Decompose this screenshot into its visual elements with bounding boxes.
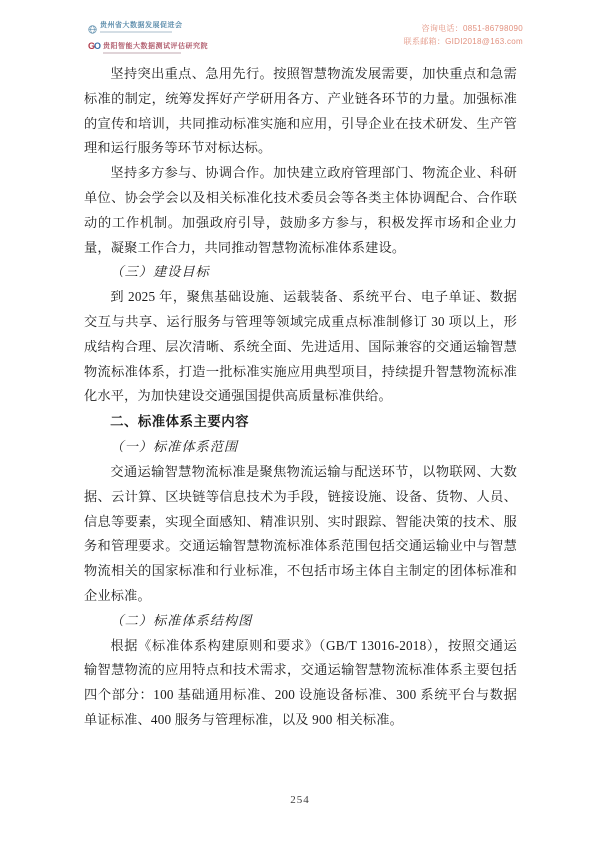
paragraph-2025-goals: 到 2025 年，聚焦基础设施、运载装备、系统平台、电子单证、数据交互与共享、运… bbox=[84, 285, 517, 409]
page-header: 贵州省大数据发展促进会 GO 贵阳智能大数据测试评估研究院 咨询电话：0851-… bbox=[88, 22, 523, 54]
paragraph-system-scope: 交通运输智慧物流标准是聚焦物流运输与配送环节，以物联网、大数据、云计算、区块链等… bbox=[84, 460, 517, 609]
paragraph-multi-party-cooperation: 坚持多方参与、协调合作。加快建立政府管理部门、物流企业、科研单位、协会学会以及相… bbox=[84, 161, 517, 260]
institute-name: 贵阳智能大数据测试评估研究院 bbox=[103, 43, 208, 51]
heading-system-scope: （一）标准体系范围 bbox=[84, 435, 517, 460]
page-footer: 254 bbox=[0, 794, 600, 806]
association-subtext-line bbox=[100, 31, 172, 33]
institute-subtext-line bbox=[103, 52, 181, 54]
document-page: 贵州省大数据发展促进会 GO 贵阳智能大数据测试评估研究院 咨询电话：0851-… bbox=[0, 0, 600, 848]
page-number: 254 bbox=[290, 794, 310, 806]
document-body: 坚持突出重点、急用先行。按照智慧物流发展需要，加快重点和急需标准的制定，统筹发挥… bbox=[84, 62, 517, 733]
association-logo: 贵州省大数据发展促进会 bbox=[88, 22, 208, 39]
institute-logo: GO 贵阳智能大数据测试评估研究院 bbox=[88, 43, 208, 54]
paragraph-key-priorities: 坚持突出重点、急用先行。按照智慧物流发展需要，加快重点和急需标准的制定，统筹发挥… bbox=[84, 62, 517, 161]
heading-structure-diagram: （二）标准体系结构图 bbox=[84, 609, 517, 634]
heading-construction-goals: （三）建设目标 bbox=[84, 260, 517, 285]
go-logo-icon: GO bbox=[88, 42, 100, 51]
contact-phone: 咨询电话：0851-86798090 bbox=[404, 22, 523, 35]
header-logos: 贵州省大数据发展促进会 GO 贵阳智能大数据测试评估研究院 bbox=[88, 22, 208, 54]
association-name: 贵州省大数据发展促进会 bbox=[100, 22, 183, 30]
globe-logo-icon bbox=[88, 21, 97, 39]
paragraph-structure-parts: 根据《标准体系构建原则和要求》（GB/T 13016-2018），按照交通运输智… bbox=[84, 634, 517, 733]
contact-info: 咨询电话：0851-86798090 联系邮箱：GIDI2018@163.com bbox=[404, 22, 523, 48]
contact-email: 联系邮箱：GIDI2018@163.com bbox=[404, 35, 523, 48]
heading-main-content: 二、标准体系主要内容 bbox=[84, 409, 517, 435]
